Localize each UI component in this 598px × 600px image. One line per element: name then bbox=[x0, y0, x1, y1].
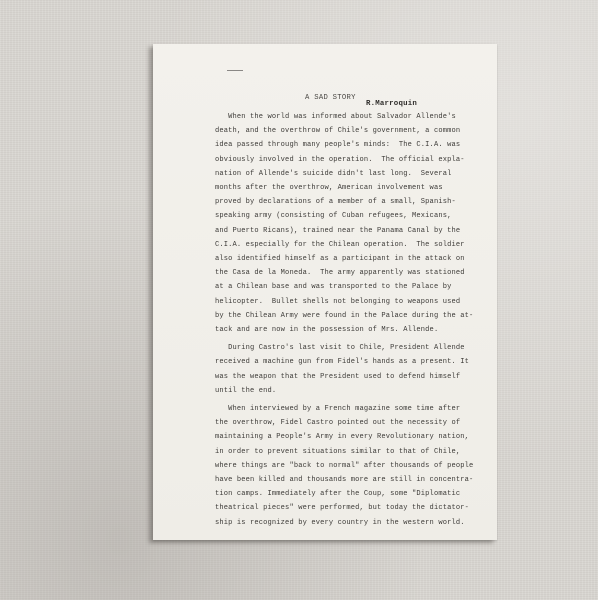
text-line: During Castro's last visit to Chile, Pre… bbox=[215, 341, 487, 355]
paragraph: During Castro's last visit to Chile, Pre… bbox=[215, 341, 487, 398]
text-line: by the Chilean Army were found in the Pa… bbox=[215, 309, 487, 323]
pencil-mark bbox=[227, 70, 243, 71]
text-line: was the weapon that the President used t… bbox=[215, 370, 487, 384]
text-line: obviously involved in the operation. The… bbox=[215, 153, 487, 167]
text-line: nation of Allende's suicide didn't last … bbox=[215, 167, 487, 181]
text-line: proved by declarations of a member of a … bbox=[215, 195, 487, 209]
text-line: and Puerto Ricans), trained near the Pan… bbox=[215, 224, 487, 238]
text-line: where things are "back to normal" after … bbox=[215, 459, 487, 473]
text-line: the Casa de la Moneda. The army apparent… bbox=[215, 266, 487, 280]
text-line: theatrical pieces" were performed, but t… bbox=[215, 501, 487, 515]
document-title: A SAD STORY bbox=[305, 94, 356, 102]
document-body: When the world was informed about Salvad… bbox=[215, 110, 487, 530]
text-line: the overthrow, Fidel Castro pointed out … bbox=[215, 416, 487, 430]
text-line: speaking army (consisting of Cuban refug… bbox=[215, 209, 487, 223]
text-line: tion camps. Immediately after the Coup, … bbox=[215, 487, 487, 501]
text-line: helicopter. Bullet shells not belonging … bbox=[215, 295, 487, 309]
typewritten-page: A SAD STORY R.Marroquin When the world w… bbox=[153, 44, 497, 540]
text-line: idea passed through many people's minds:… bbox=[215, 138, 487, 152]
text-line: months after the overthrow, American inv… bbox=[215, 181, 487, 195]
paragraph: When the world was informed about Salvad… bbox=[215, 110, 487, 337]
text-line: until the end. bbox=[215, 384, 487, 398]
text-line: received a machine gun from Fidel's hand… bbox=[215, 355, 487, 369]
text-line: in order to prevent situations similar t… bbox=[215, 445, 487, 459]
text-line: also identified himself as a participant… bbox=[215, 252, 487, 266]
text-line: tack and are now in the possession of Mr… bbox=[215, 323, 487, 337]
text-line: at a Chilean base and was transported to… bbox=[215, 280, 487, 294]
text-line: C.I.A. especially for the Chilean operat… bbox=[215, 238, 487, 252]
text-line: death, and the overthrow of Chile's gove… bbox=[215, 124, 487, 138]
author-name: R.Marroquin bbox=[366, 100, 417, 108]
text-line: maintaining a People's Army in every Rev… bbox=[215, 430, 487, 444]
text-line: have been killed and thousands more are … bbox=[215, 473, 487, 487]
text-line: ship is recognized by every country in t… bbox=[215, 516, 487, 530]
text-line: When the world was informed about Salvad… bbox=[215, 110, 487, 124]
paragraph: When interviewed by a French magazine so… bbox=[215, 402, 487, 530]
text-line: When interviewed by a French magazine so… bbox=[215, 402, 487, 416]
